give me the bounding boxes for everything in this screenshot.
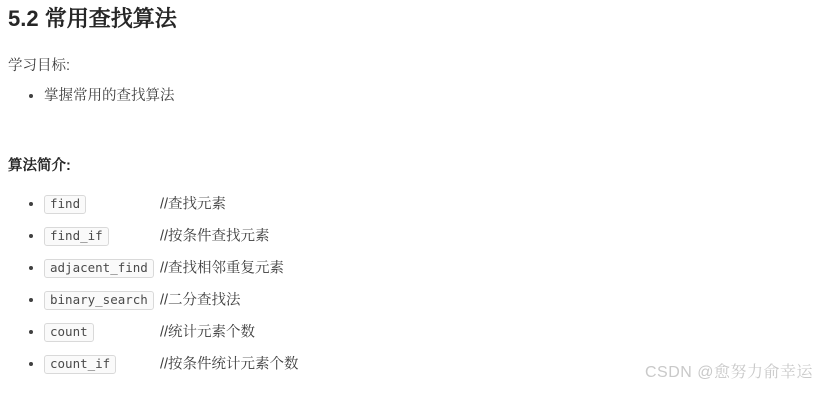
algorithm-code: find_if <box>44 227 109 246</box>
algorithm-intro-label: 算法简介: <box>8 159 819 174</box>
algorithm-code-column: find <box>44 195 160 214</box>
algorithm-code: count_if <box>44 355 116 374</box>
section-heading: 5.2 常用查找算法 <box>8 6 819 32</box>
algorithm-code: find <box>44 195 86 214</box>
algorithm-list: find//查找元素 find_if//按条件查找元素 adjacent_fin… <box>8 195 819 374</box>
learning-goal-item: 掌握常用的查找算法 <box>44 89 819 104</box>
algorithm-item: count//统计元素个数 <box>44 323 819 342</box>
article-page: 5.2 常用查找算法 学习目标: 掌握常用的查找算法 算法简介: find//查… <box>0 0 827 393</box>
algorithm-item: find//查找元素 <box>44 195 819 214</box>
algorithm-comment: //二分查找法 <box>160 293 241 309</box>
algorithm-code: adjacent_find <box>44 259 154 278</box>
algorithm-comment: //按条件查找元素 <box>160 229 270 245</box>
algorithm-code: binary_search <box>44 291 154 310</box>
algorithm-item: adjacent_find//查找相邻重复元素 <box>44 259 819 278</box>
algorithm-code-column: find_if <box>44 227 160 246</box>
algorithm-code-column: count <box>44 323 160 342</box>
algorithm-code-column: adjacent_find <box>44 259 160 278</box>
algorithm-comment: //查找元素 <box>160 197 226 213</box>
csdn-watermark: CSDN @愈努力俞幸运 <box>645 359 813 382</box>
article-content: 5.2 常用查找算法 学习目标: 掌握常用的查找算法 算法简介: find//查… <box>0 0 827 374</box>
algorithm-item: binary_search//二分查找法 <box>44 291 819 310</box>
algorithm-code-column: binary_search <box>44 291 160 310</box>
learning-goal-label: 学习目标: <box>8 59 819 74</box>
algorithm-comment: //统计元素个数 <box>160 325 255 341</box>
algorithm-code: count <box>44 323 94 342</box>
algorithm-comment: //查找相邻重复元素 <box>160 261 284 277</box>
algorithm-comment: //按条件统计元素个数 <box>160 357 299 373</box>
algorithm-item: find_if//按条件查找元素 <box>44 227 819 246</box>
learning-goal-list: 掌握常用的查找算法 <box>8 89 819 104</box>
algorithm-code-column: count_if <box>44 355 160 374</box>
